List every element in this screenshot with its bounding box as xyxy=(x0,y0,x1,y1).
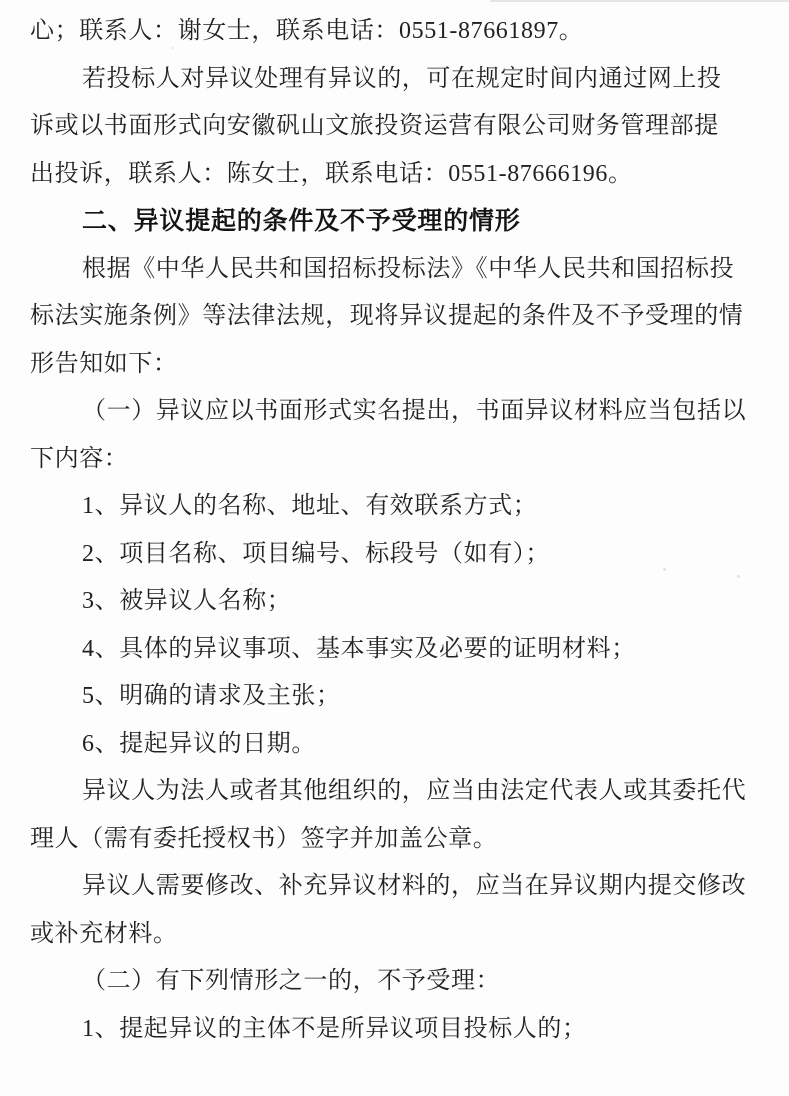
list-item-3: 3、被异议人名称； xyxy=(0,578,789,626)
text-line-contact-xie: 心；联系人：谢女士，联系电话：0551-87661897。 xyxy=(0,8,789,56)
list-item-1: 1、异议人的名称、地址、有效联系方式； xyxy=(0,483,789,531)
subsection-1-intro-line-2: 下内容： xyxy=(0,436,789,484)
list-item-2: 2、项目名称、项目编号、标段号（如有）； xyxy=(0,531,789,579)
text-line-complaint-company: 诉或以书面形式向安徽矾山文旅投资运营有限公司财务管理部提 xyxy=(0,103,789,151)
list-item-6: 6、提起异议的日期。 xyxy=(0,721,789,769)
text-line-amend-materials-2: 或补充材料。 xyxy=(0,911,789,959)
list-item-4: 4、具体的异议事项、基本事实及必要的证明材料； xyxy=(0,626,789,674)
text-line-law-reference-1: 根据《中华人民共和国招标投标法》《中华人民共和国招标投 xyxy=(0,246,789,294)
text-line-contact-chen: 出投诉，联系人：陈女士，联系电话：0551-87666196。 xyxy=(0,151,789,199)
scanned-document-page: 心；联系人：谢女士，联系电话：0551-87661897。 若投标人对异议处理有… xyxy=(0,0,789,1096)
text-line-amend-materials-1: 异议人需要修改、补充异议材料的，应当在异议期内提交修改 xyxy=(0,863,789,911)
list-item-5: 5、明确的请求及主张； xyxy=(0,673,789,721)
subsection-1-intro-line-1: （一）异议应以书面形式实名提出，书面异议材料应当包括以 xyxy=(0,388,789,436)
text-line-complaint-intro: 若投标人对异议处理有异议的，可在规定时间内通过网上投 xyxy=(0,56,789,104)
text-line-legal-person-1: 异议人为法人或者其他组织的，应当由法定代表人或其委托代 xyxy=(0,768,789,816)
text-line-law-reference-3: 形告知如下： xyxy=(0,341,789,389)
document-body: 心；联系人：谢女士，联系电话：0551-87661897。 若投标人对异议处理有… xyxy=(0,8,789,1053)
scan-artifact-topline xyxy=(490,0,789,2)
rejection-item-1: 1、提起异议的主体不是所异议项目投标人的； xyxy=(0,1006,789,1054)
text-line-legal-person-2: 理人（需有委托授权书）签字并加盖公章。 xyxy=(0,816,789,864)
section-heading-2: 二、异议提起的条件及不予受理的情形 xyxy=(0,198,789,246)
text-line-law-reference-2: 标法实施条例》等法律法规，现将异议提起的条件及不予受理的情 xyxy=(0,293,789,341)
subsection-2-intro: （二）有下列情形之一的，不予受理： xyxy=(0,958,789,1006)
